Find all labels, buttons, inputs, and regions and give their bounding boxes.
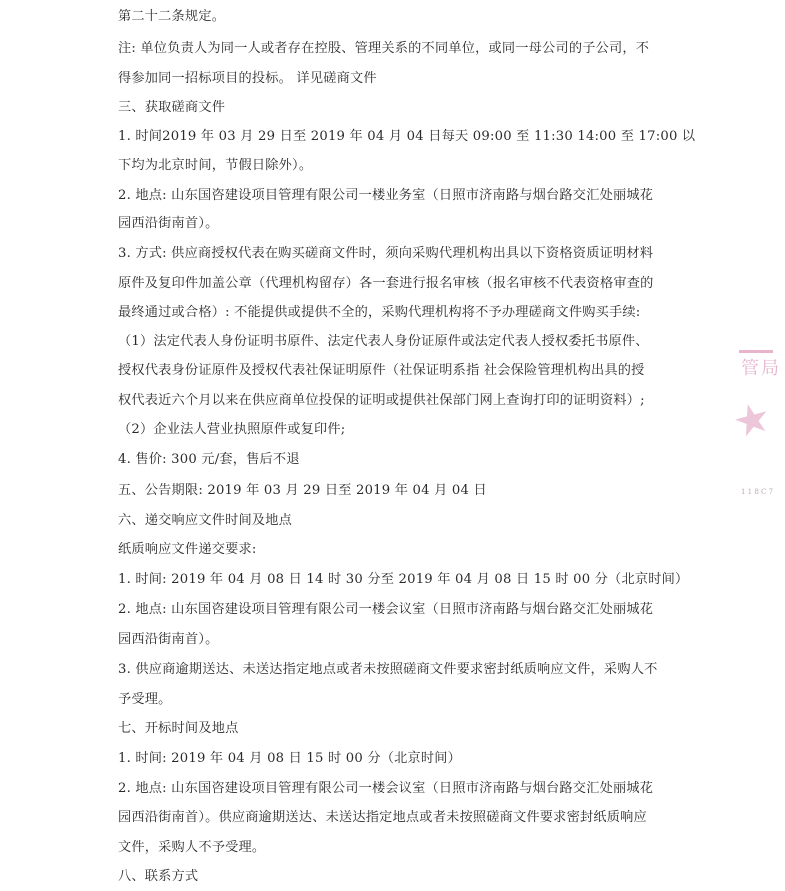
text-line: 纸质响应文件递交要求: <box>118 541 257 559</box>
text-line: 授权代表身份证原件及授权代表社保证明原件（社保证明系指 社会保险管理机构出具的授 <box>118 362 645 380</box>
text-line: 最终通过或合格）: 不能提供或提供不全的，采购代理机构将不予办理磋商文件购买手续… <box>118 304 640 322</box>
text-line: （1）法定代表人身份证明书原件、法定代表人身份证原件或法定代表人授权委托书原件、 <box>118 333 649 351</box>
text-line: 予受理。 <box>118 691 172 709</box>
text-line: 第二十二条规定。 <box>118 8 225 26</box>
text-line: 1. 时间: 2019 年 04 月 08 日 15 时 00 分（北京时间） <box>118 750 461 768</box>
text-line: 2. 地点: 山东国咨建设项目管理有限公司一楼业务室（日照市济南路与烟台路交汇处… <box>118 187 653 205</box>
official-seal-stamp: 管局 ★ 1 1 8 C 7 <box>733 340 785 500</box>
text-line: 3. 供应商逾期送达、未送达指定地点或者未按照磋商文件要求密封纸质响应文件，采购… <box>118 661 657 679</box>
note-line: 得参加同一招标项目的投标。 详见磋商文件 <box>118 70 377 88</box>
section-heading: 三、获取磋商文件 <box>118 99 225 117</box>
text-line: 园西沿街南首）。 <box>118 215 219 233</box>
text-line: （2）企业法人营业执照原件或复印件; <box>118 421 345 439</box>
text-line: 文件，采购人不予受理。 <box>118 839 265 857</box>
seal-text: 管局 <box>741 354 781 380</box>
section-heading: 七、开标时间及地点 <box>118 720 239 738</box>
text-line: 1. 时间2019 年 03 月 29 日至 2019 年 04 月 04 日每… <box>118 128 695 146</box>
section-heading: 六、递交响应文件时间及地点 <box>118 512 292 530</box>
text-line: 原件及复印件加盖公章（代理机构留存）各一套进行报名审核（报名审核不代表资格审查的 <box>118 275 654 293</box>
text-line: 园西沿街南首）。 <box>118 631 219 649</box>
seal-bar <box>739 350 773 353</box>
text-line: 3. 方式: 供应商授权代表在购买磋商文件时，须向采购代理机构出具以下资格资质证… <box>118 245 653 263</box>
text-line: 4. 售价: 300 元/套，售后不退 <box>118 451 300 469</box>
text-line: 2. 地点: 山东国咨建设项目管理有限公司一楼会议室（日照市济南路与烟台路交汇处… <box>118 601 653 619</box>
text-line: 1. 时间: 2019 年 04 月 08 日 14 时 30 分至 2019 … <box>118 571 688 589</box>
document-page: 第二十二条规定。 注: 单位负责人为同一人或者存在控股、管理关系的不同单位，或同… <box>0 0 785 891</box>
section-heading: 八、联系方式 <box>118 868 198 886</box>
text-line: 权代表近六个月以来在供应商单位投保的证明或提供社保部门网上查询打印的证明资料）; <box>118 392 645 410</box>
text-line: 下均为北京时间，节假日除外）。 <box>118 157 312 175</box>
seal-number: 1 1 8 C 7 <box>741 488 773 496</box>
text-line: 2. 地点: 山东国咨建设项目管理有限公司一楼会议室（日照市济南路与烟台路交汇处… <box>118 780 653 798</box>
text-line: 园西沿街南首）。供应商逾期送达、未送达指定地点或者未按照磋商文件要求密封纸质响应 <box>118 809 647 827</box>
section-heading: 五、公告期限: 2019 年 03 月 29 日至 2019 年 04 月 04… <box>118 482 487 500</box>
star-icon: ★ <box>727 391 776 448</box>
note-line: 注: 单位负责人为同一人或者存在控股、管理关系的不同单位，或同一母公司的子公司，… <box>118 40 649 58</box>
